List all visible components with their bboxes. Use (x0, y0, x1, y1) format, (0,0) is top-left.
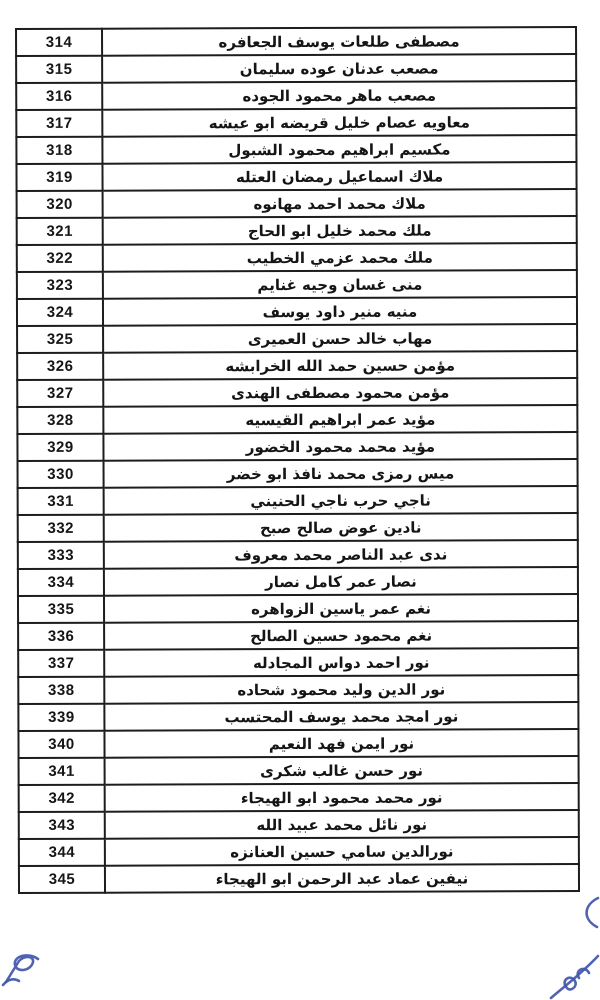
row-serial-number: 341 (19, 758, 105, 785)
row-full-name: نغم عمر ياسين الزواهره (104, 594, 578, 623)
row-serial-number: 336 (18, 623, 104, 650)
roster-table-body: 314 مصطفى طلعات يوسف الجعافره 315 مصعب ع… (16, 27, 579, 893)
row-full-name: ملك محمد خليل ابو الحاج (103, 216, 577, 245)
row-serial-number: 345 (19, 866, 105, 893)
row-full-name: ملاك محمد احمد مهانوه (103, 189, 577, 218)
table-row: 317 معاويه عصام خليل قريضه ابو عيشه (16, 108, 576, 137)
row-full-name: ندى عبد الناصر محمد معروف (104, 540, 578, 569)
row-full-name: مكسيم ابراهيم محمود الشبول (102, 135, 576, 164)
row-serial-number: 326 (17, 353, 103, 380)
row-serial-number: 328 (17, 407, 103, 434)
table-row: 338 نور الدين وليد محمود شحاده (18, 675, 578, 704)
row-serial-number: 337 (18, 650, 104, 677)
table-row: 332 نادين عوض صالح صبح (18, 513, 578, 542)
row-full-name: نور نائل محمد عبيد الله (105, 810, 579, 839)
row-full-name: مؤمن محمود مصطفى الهندى (103, 378, 577, 407)
table-row: 337 نور احمد دواس المجادله (18, 648, 578, 677)
row-serial-number: 314 (16, 29, 102, 56)
table-row: 345 نيفين عماد عبد الرحمن ابو الهيجاء (19, 864, 579, 893)
row-full-name: نصار عمر كامل نصار (104, 567, 578, 596)
row-serial-number: 322 (17, 245, 103, 272)
row-full-name: ناجي حرب ناجي الحنيني (104, 486, 578, 515)
table-row: 341 نور حسن غالب شكرى (19, 756, 579, 785)
table-row: 342 نور محمد محمود ابو الهيجاء (19, 783, 579, 812)
row-full-name: منيه منير داود يوسف (103, 297, 577, 326)
row-serial-number: 330 (18, 461, 104, 488)
row-full-name: ميس رمزى محمد نافذ ابو خضر (104, 459, 578, 488)
row-serial-number: 320 (17, 191, 103, 218)
row-serial-number: 338 (18, 677, 104, 704)
row-serial-number: 343 (19, 812, 105, 839)
table-row: 343 نور نائل محمد عبيد الله (19, 810, 579, 839)
table-row: 344 نورالدين سامي حسين العنانزه (19, 837, 579, 866)
row-full-name: نور ايمن فهد النعيم (104, 729, 578, 758)
table-row: 319 ملاك اسماعيل رمضان العتله (16, 162, 576, 191)
table-row: 325 مهاب خالد حسن العميرى (17, 324, 577, 353)
row-serial-number: 315 (16, 56, 102, 83)
row-serial-number: 332 (18, 515, 104, 542)
table-row: 314 مصطفى طلعات يوسف الجعافره (16, 27, 576, 56)
row-full-name: معاويه عصام خليل قريضه ابو عيشه (102, 108, 576, 137)
row-full-name: مهاب خالد حسن العميرى (103, 324, 577, 353)
table-row: 334 نصار عمر كامل نصار (18, 567, 578, 596)
row-full-name: نور الدين وليد محمود شحاده (104, 675, 578, 704)
table-row: 322 ملك محمد عزمي الخطيب (17, 243, 577, 272)
row-serial-number: 339 (18, 704, 104, 731)
handwritten-initial-bottom-left (0, 945, 50, 995)
table-row: 335 نغم عمر ياسين الزواهره (18, 594, 578, 623)
row-full-name: مؤيد عمر ابراهيم القيسيه (103, 405, 577, 434)
table-row: 321 ملك محمد خليل ابو الحاج (17, 216, 577, 245)
row-full-name: نيفين عماد عبد الرحمن ابو الهيجاء (105, 864, 579, 893)
row-full-name: مصعب عدنان عوده سليمان (102, 54, 576, 83)
row-serial-number: 323 (17, 272, 103, 299)
row-serial-number: 325 (17, 326, 103, 353)
row-full-name: ملك محمد عزمي الخطيب (103, 243, 577, 272)
table-row: 331 ناجي حرب ناجي الحنيني (18, 486, 578, 515)
scanned-page: 314 مصطفى طلعات يوسف الجعافره 315 مصعب ع… (0, 0, 600, 1000)
row-full-name: نادين عوض صالح صبح (104, 513, 578, 542)
row-serial-number: 321 (17, 218, 103, 245)
row-serial-number: 324 (17, 299, 103, 326)
row-serial-number: 344 (19, 839, 105, 866)
table-row: 336 نغم محمود حسين الصالح (18, 621, 578, 650)
row-serial-number: 333 (18, 542, 104, 569)
row-serial-number: 318 (16, 137, 102, 164)
table-row: 324 منيه منير داود يوسف (17, 297, 577, 326)
row-serial-number: 327 (17, 380, 103, 407)
row-full-name: مؤيد محمد محمود الخضور (103, 432, 577, 461)
row-full-name: نور امجد محمد يوسف المحتسب (104, 702, 578, 731)
table-row: 328 مؤيد عمر ابراهيم القيسيه (17, 405, 577, 434)
table-row: 323 منى غسان وجيه غنايم (17, 270, 577, 299)
row-full-name: نور محمد محمود ابو الهيجاء (105, 783, 579, 812)
table-row: 339 نور امجد محمد يوسف المحتسب (18, 702, 578, 731)
row-serial-number: 335 (18, 596, 104, 623)
row-full-name: منى غسان وجيه غنايم (103, 270, 577, 299)
table-row: 327 مؤمن محمود مصطفى الهندى (17, 378, 577, 407)
table-row: 315 مصعب عدنان عوده سليمان (16, 54, 576, 83)
table-row: 330 ميس رمزى محمد نافذ ابو خضر (18, 459, 578, 488)
row-full-name: نور حسن غالب شكرى (105, 756, 579, 785)
table-row: 333 ندى عبد الناصر محمد معروف (18, 540, 578, 569)
row-serial-number: 316 (16, 83, 102, 110)
table-row: 329 مؤيد محمد محمود الخضور (17, 432, 577, 461)
table-row: 320 ملاك محمد احمد مهانوه (17, 189, 577, 218)
table-row: 340 نور ايمن فهد النعيم (18, 729, 578, 758)
row-full-name: مؤمن حسين حمد الله الخرابشه (103, 351, 577, 380)
table-row: 316 مصعب ماهر محمود الجوده (16, 81, 576, 110)
row-full-name: مصطفى طلعات يوسف الجعافره (102, 27, 576, 56)
row-full-name: مصعب ماهر محمود الجوده (102, 81, 576, 110)
partial-signature-bottom-right (545, 948, 600, 1000)
row-serial-number: 331 (18, 488, 104, 515)
row-serial-number: 340 (18, 731, 104, 758)
row-full-name: نور احمد دواس المجادله (104, 648, 578, 677)
row-full-name: ملاك اسماعيل رمضان العتله (102, 162, 576, 191)
row-serial-number: 319 (16, 164, 102, 191)
row-serial-number: 342 (19, 785, 105, 812)
roster-table: 314 مصطفى طلعات يوسف الجعافره 315 مصعب ع… (15, 26, 580, 894)
row-full-name: نورالدين سامي حسين العنانزه (105, 837, 579, 866)
pen-curve-right-edge (580, 895, 600, 931)
row-serial-number: 329 (17, 434, 103, 461)
row-serial-number: 317 (16, 110, 102, 137)
table-row: 326 مؤمن حسين حمد الله الخرابشه (17, 351, 577, 380)
row-serial-number: 334 (18, 569, 104, 596)
table-row: 318 مكسيم ابراهيم محمود الشبول (16, 135, 576, 164)
row-full-name: نغم محمود حسين الصالح (104, 621, 578, 650)
